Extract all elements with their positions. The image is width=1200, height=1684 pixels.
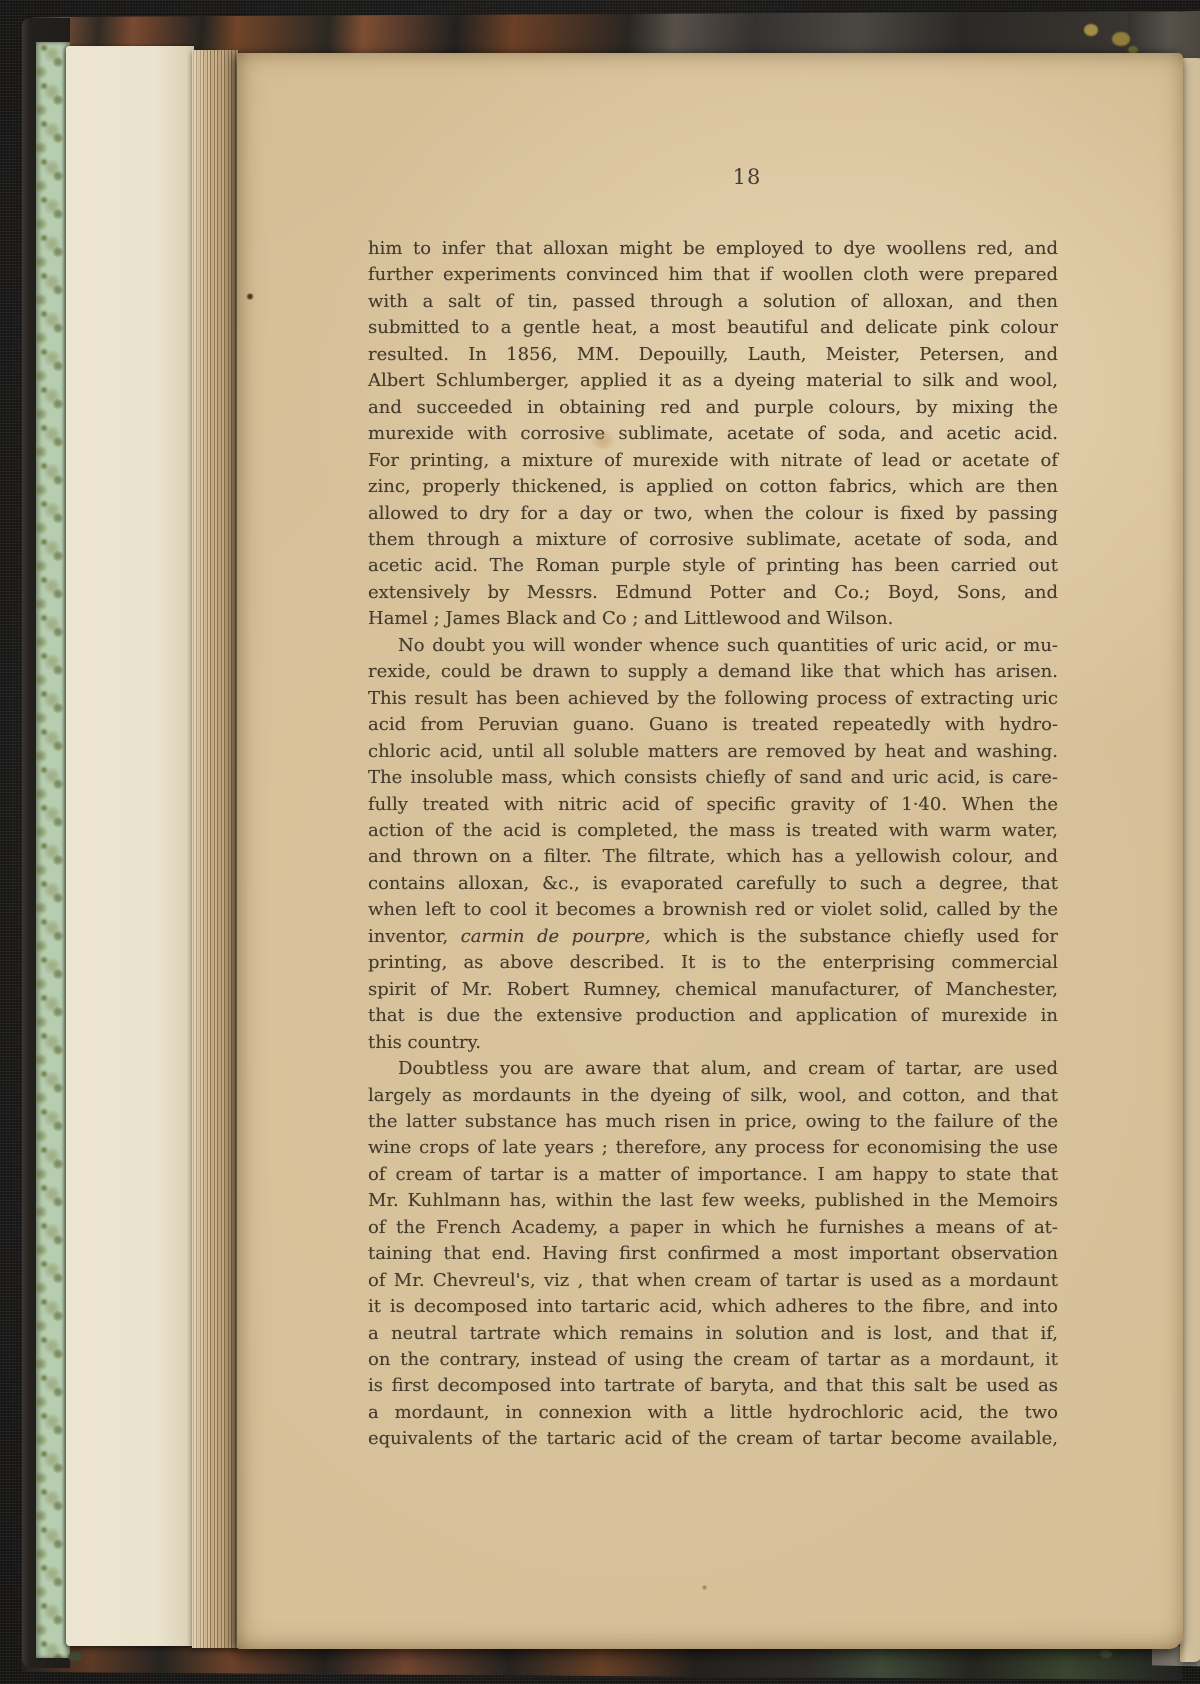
debris-speck	[1112, 32, 1130, 46]
text-line: and succeeded in obtaining red and purpl…	[368, 395, 1058, 421]
foxing-spot	[592, 431, 614, 449]
text-line: zinc, properly thickened, is applied on …	[368, 474, 1058, 500]
page-number: 18	[715, 165, 779, 189]
text-line: acetic acid. The Roman purple style of p…	[368, 553, 1058, 579]
text-line: fully treated with nitric acid of specif…	[368, 792, 1058, 818]
text-line: when left to cool it becomes a brownish …	[368, 897, 1058, 923]
debris-speck	[1100, 1650, 1112, 1658]
text-line: this country.	[368, 1030, 1058, 1056]
text-block: him to infer that alloxan might be emplo…	[368, 236, 1058, 1453]
text-line: further experiments convinced him that i…	[368, 262, 1058, 288]
text-line: and thrown on a filter. The filtrate, wh…	[368, 844, 1058, 870]
debris-speck	[1084, 24, 1098, 36]
text-line: a mordaunt, in connexion with a little h…	[368, 1400, 1058, 1426]
flyleaf-page	[66, 46, 194, 1646]
foxing-spot	[246, 293, 254, 300]
text-line: printing, as above described. It is to t…	[368, 950, 1058, 976]
text-line: acid from Peruvian guano. Guano is treat…	[368, 712, 1058, 738]
text-line: it is decomposed into tartaric acid, whi…	[368, 1294, 1058, 1320]
text-line: a neutral tartrate which remains in solu…	[368, 1321, 1058, 1347]
foxing-spot	[702, 1585, 707, 1590]
text-line: Albert Schlumberger, applied it as a dye…	[368, 368, 1058, 394]
text-line: allowed to dry for a day or two, when th…	[368, 501, 1058, 527]
marbled-endpaper	[36, 42, 70, 1658]
text-line: on the contrary, instead of using the cr…	[368, 1347, 1058, 1373]
text-line: rexide, could be drawn to supply a deman…	[368, 659, 1058, 685]
text-line: Hamel ; James Black and Co ; and Littlew…	[368, 606, 1058, 632]
text-line: the latter substance has much risen in p…	[368, 1109, 1058, 1135]
text-line: wine crops of late years ; therefore, an…	[368, 1135, 1058, 1161]
text-line: them through a mixture of corrosive subl…	[368, 527, 1058, 553]
text-line: with a salt of tin, passed through a sol…	[368, 289, 1058, 315]
text-line: that is due the extensive production and…	[368, 1003, 1058, 1029]
book-scan: 18 him to infer that alloxan might be em…	[0, 0, 1200, 1684]
foxing-spot	[629, 1221, 649, 1237]
text-line: submitted to a gentle heat, a most beaut…	[368, 315, 1058, 341]
text-line: This result has been achieved by the fol…	[368, 686, 1058, 712]
text-line: No doubt you will wonder whence such qua…	[368, 633, 1058, 659]
text-line: contains alloxan, &c., is evaporated car…	[368, 871, 1058, 897]
text-line: inventor, carmin de pourpre, which is th…	[368, 924, 1058, 950]
text-line: taining that end. Having first confirmed…	[368, 1241, 1058, 1267]
text-line: For printing, a mixture of murexide with…	[368, 448, 1058, 474]
text-line: of Mr. Chevreul's, viz , that when cream…	[368, 1268, 1058, 1294]
book-page: 18 him to infer that alloxan might be em…	[237, 53, 1183, 1649]
text-line: spirit of Mr. Robert Rumney, chemical ma…	[368, 977, 1058, 1003]
text-line: The insoluble mass, which consists chief…	[368, 765, 1058, 791]
text-line: equivalents of the tartaric acid of the …	[368, 1426, 1058, 1452]
page-edge-stack	[192, 50, 238, 1648]
text-line: Mr. Kuhlmann has, within the last few we…	[368, 1188, 1058, 1214]
text-line: is first decomposed into tartrate of bar…	[368, 1373, 1058, 1399]
text-line: extensively by Messrs. Edmund Potter and…	[368, 580, 1058, 606]
text-line: chloric acid, until all soluble matters …	[368, 739, 1058, 765]
text-line: resulted. In 1856, MM. Depouilly, Lauth,…	[368, 342, 1058, 368]
text-line: action of the acid is completed, the mas…	[368, 818, 1058, 844]
text-line: of the French Academy, a paper in which …	[368, 1215, 1058, 1241]
text-line: largely as mordaunts in the dyeing of si…	[368, 1083, 1058, 1109]
text-line: him to infer that alloxan might be emplo…	[368, 236, 1058, 262]
text-line: of cream of tartar is a matter of import…	[368, 1162, 1058, 1188]
underlying-page-edge	[1180, 58, 1200, 1662]
text-line: murexide with corrosive sublimate, aceta…	[368, 421, 1058, 447]
debris-speck	[68, 1652, 82, 1661]
text-line: Doubtless you are aware that alum, and c…	[368, 1056, 1058, 1082]
